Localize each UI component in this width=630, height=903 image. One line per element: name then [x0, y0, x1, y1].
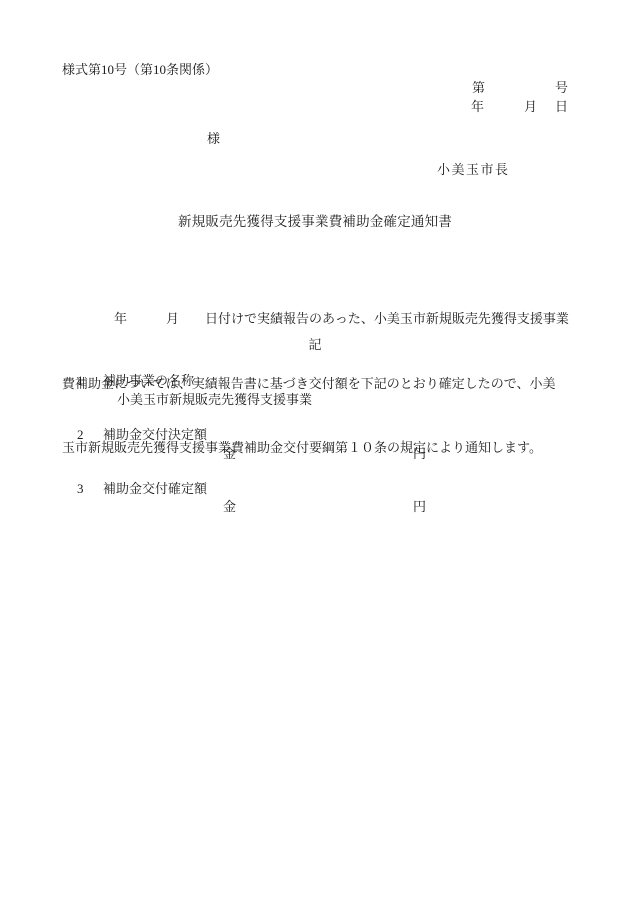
document-title: 新規販売先獲得支援事業費補助金確定通知書	[0, 214, 630, 230]
item-3-row: 3 補助金交付確定額	[77, 481, 207, 497]
item-1-label: 補助事業の名称	[103, 373, 194, 389]
item-2-currency-prefix: 金	[223, 446, 236, 462]
item-3-label: 補助金交付確定額	[103, 481, 207, 497]
date-day-label: 日	[555, 99, 568, 115]
recipient-honorific: 様	[207, 131, 220, 147]
item-2-row: 2 補助金交付決定額	[77, 427, 207, 443]
date-month-label: 月	[524, 99, 537, 115]
document-page: 様式第10号（第10条関係） 第 号 年 月 日 様 小美玉市長 新規販売先獲得…	[0, 0, 630, 903]
form-style-label: 様式第10号（第10条関係）	[62, 62, 218, 78]
item-2-label: 補助金交付決定額	[103, 427, 207, 443]
item-2-currency-suffix: 円	[413, 446, 426, 462]
date-year-label: 年	[471, 99, 484, 115]
item-3-currency-suffix: 円	[413, 499, 426, 515]
item-3-amount-line: 金 円	[223, 499, 426, 515]
issue-number-line: 第 号	[472, 80, 568, 96]
issue-number-suffix: 号	[555, 80, 568, 96]
item-2-number: 2	[77, 427, 103, 443]
item-3-number: 3	[77, 481, 103, 497]
issue-date-line: 年 月 日	[471, 99, 568, 115]
decided-amount-blank-field	[236, 446, 413, 462]
item-2-amount-line: 金 円	[223, 446, 426, 462]
issue-number-prefix: 第	[472, 80, 485, 96]
body-line-1: 年 月 日付けで実績報告のあった、小美玉市新規販売先獲得支援事業	[62, 308, 572, 330]
item-1-value: 小美玉市新規販売先獲得支援事業	[117, 392, 312, 408]
item-1-number: 1	[77, 373, 103, 389]
item-3-currency-prefix: 金	[223, 499, 236, 515]
record-marker: 記	[0, 337, 630, 353]
confirmed-amount-blank-field	[236, 499, 413, 515]
item-1-row: 1 補助事業の名称	[77, 373, 194, 389]
sender-name: 小美玉市長	[437, 162, 510, 178]
